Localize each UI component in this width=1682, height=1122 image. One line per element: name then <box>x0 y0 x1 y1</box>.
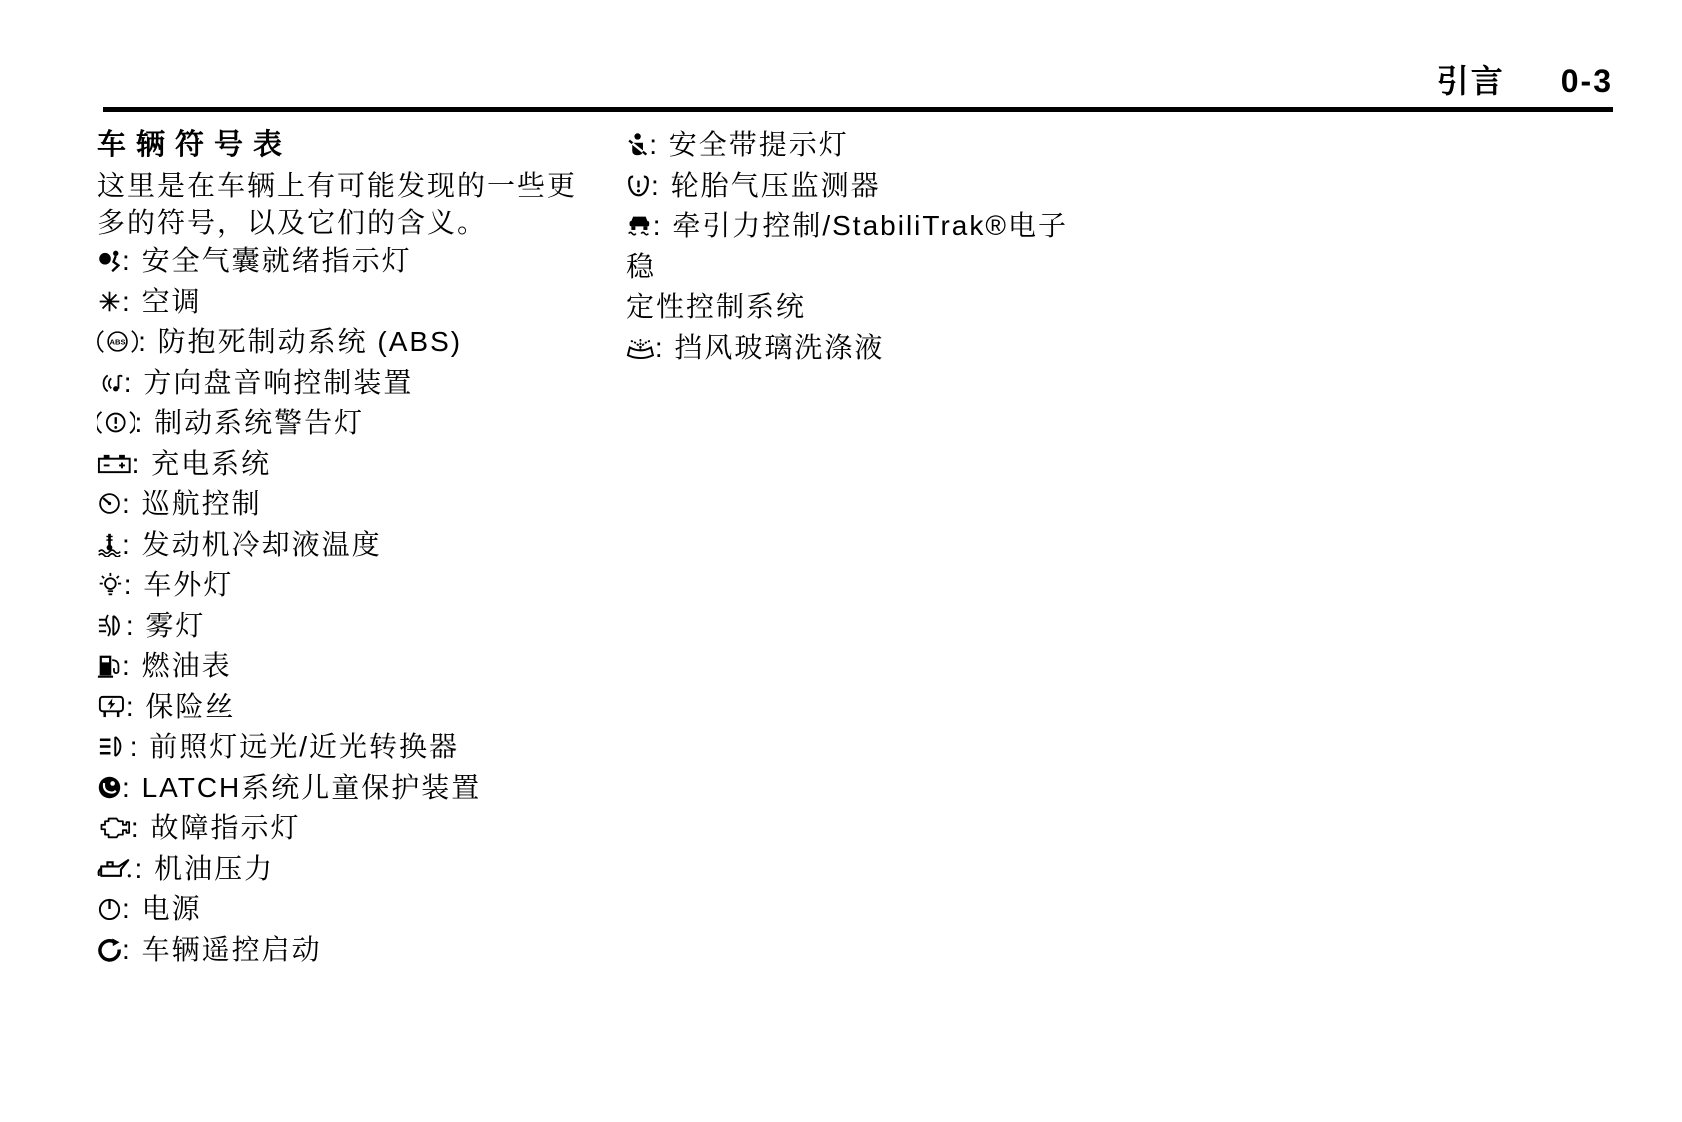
symbol-item: : 机油压力 <box>97 849 597 890</box>
symbol-label: 故障指示灯 <box>150 812 300 843</box>
charging-system-icon <box>97 444 132 485</box>
symbol-item: : 安全带提示灯 <box>626 125 1088 166</box>
headlamp-beam-icon <box>97 727 130 768</box>
header-rule <box>103 107 1613 112</box>
symbol-separator: : <box>653 210 673 241</box>
symbol-label: 车辆遥控启动 <box>142 934 322 965</box>
fog-lamps-icon <box>97 606 126 647</box>
remote-start-icon <box>97 930 122 971</box>
symbol-item: : 电源 <box>97 889 597 930</box>
symbol-item: : 前照灯远光/近光转换器 <box>97 727 597 768</box>
oil-pressure-icon <box>97 849 135 890</box>
tire-pressure-icon <box>626 166 651 207</box>
washer-fluid-icon <box>626 328 655 369</box>
symbol-item: : 挡风玻璃洗涤液 <box>626 328 1088 369</box>
cruise-control-icon <box>97 484 122 525</box>
symbol-label: 牵引力控制/StabiliTrak®电子稳 定性控制系统 <box>626 210 1068 322</box>
symbol-separator: : <box>135 853 155 884</box>
symbol-label: 防抱死制动系统 (ABS) <box>158 326 462 357</box>
symbol-separator: : <box>122 934 142 965</box>
symbol-item: : 空调 <box>97 282 597 323</box>
symbol-item: ABS: 防抱死制动系统 (ABS) <box>97 322 597 363</box>
symbol-item: : LATCH系统儿童保护装置 <box>97 768 597 809</box>
symbol-separator: : <box>135 407 155 438</box>
symbol-separator: : <box>138 326 158 357</box>
symbol-label: 安全带提示灯 <box>669 129 849 160</box>
symbol-item: : 故障指示灯 <box>97 808 597 849</box>
symbol-item: : 车外灯 <box>97 565 597 606</box>
symbol-item: : 安全气囊就绪指示灯 <box>97 241 597 282</box>
symbol-separator: : <box>126 691 146 722</box>
symbol-separator: : <box>122 286 142 317</box>
symbol-label: 安全气囊就绪指示灯 <box>142 245 412 276</box>
traction-control-icon <box>626 206 653 247</box>
symbol-label: 制动系统警告灯 <box>154 407 364 438</box>
symbol-item: : 充电系统 <box>97 444 597 485</box>
power-icon <box>97 889 122 930</box>
symbol-item: : 发动机冷却液温度 <box>97 525 597 566</box>
right-column: : 安全带提示灯: 轮胎气压监测器: 牵引力控制/StabiliTrak®电子稳… <box>626 125 1088 368</box>
symbol-item: : 巡航控制 <box>97 484 597 525</box>
latch-child-restraint-icon <box>97 768 122 809</box>
page-title: 车辆符号表 <box>97 125 597 165</box>
symbol-label: 车外灯 <box>143 569 233 600</box>
symbol-separator: : <box>122 650 142 681</box>
symbol-item: : 保险丝 <box>97 687 597 728</box>
symbol-label: 充电系统 <box>151 448 271 479</box>
symbol-separator: : <box>122 488 142 519</box>
symbol-separator: : <box>122 772 142 803</box>
symbol-item: : 车辆遥控启动 <box>97 930 597 971</box>
symbol-label: 挡风玻璃洗涤液 <box>674 332 884 363</box>
symbol-label: 电源 <box>142 893 202 924</box>
symbol-label: 发动机冷却液温度 <box>142 529 382 560</box>
symbol-separator: : <box>649 129 669 160</box>
symbol-label: 方向盘音响控制装置 <box>143 367 413 398</box>
fuse-icon <box>97 687 126 728</box>
symbol-item: : 雾灯 <box>97 606 597 647</box>
page-number: 0-3 <box>1561 63 1613 100</box>
symbol-label: 燃油表 <box>142 650 232 681</box>
symbol-label: 雾灯 <box>145 610 205 641</box>
symbol-separator: : <box>126 610 146 641</box>
symbol-separator: : <box>132 448 152 479</box>
symbol-separator: : <box>651 170 671 201</box>
symbol-separator: : <box>122 529 142 560</box>
symbol-item: : 轮胎气压监测器 <box>626 166 1088 207</box>
symbol-label: 前照灯远光/近光转换器 <box>149 731 459 762</box>
svg-text:ABS: ABS <box>110 338 126 347</box>
malfunction-indicator-icon <box>97 808 131 849</box>
exterior-lamps-icon <box>97 565 124 606</box>
brake-warning-icon <box>97 403 135 444</box>
symbol-separator: : <box>130 731 150 762</box>
air-conditioning-icon <box>97 282 122 323</box>
intro-paragraph: 这里是在车辆上有可能发现的一些更 多的符号，以及它们的含义。 <box>97 167 597 241</box>
symbol-item: : 方向盘音响控制装置 <box>97 363 597 404</box>
symbol-list-right: : 安全带提示灯: 轮胎气压监测器: 牵引力控制/StabiliTrak®电子稳… <box>626 125 1088 368</box>
abs-icon: ABS <box>97 322 138 363</box>
symbol-separator: : <box>122 245 142 276</box>
running-header: 引言 0-3 <box>1437 56 1613 102</box>
symbol-separator: : <box>655 332 675 363</box>
manual-page: 引言 0-3 车辆符号表 这里是在车辆上有可能发现的一些更 多的符号，以及它们的… <box>0 0 1682 1122</box>
symbol-label: 机油压力 <box>154 853 274 884</box>
seatbelt-reminder-icon <box>626 125 649 166</box>
symbol-label: 空调 <box>142 286 202 317</box>
symbol-item: : 牵引力控制/StabiliTrak®电子稳 定性控制系统 <box>626 206 1088 328</box>
symbol-list-left: : 安全气囊就绪指示灯: 空调ABS: 防抱死制动系统 (ABS): 方向盘音响… <box>97 241 597 970</box>
symbol-separator: : <box>122 893 142 924</box>
symbol-label: 巡航控制 <box>142 488 262 519</box>
symbol-separator: : <box>124 367 144 398</box>
symbol-separator: : <box>124 569 144 600</box>
coolant-temperature-icon <box>97 525 122 566</box>
left-column: 车辆符号表 这里是在车辆上有可能发现的一些更 多的符号，以及它们的含义。 : 安… <box>97 125 597 970</box>
steering-audio-icon <box>97 363 124 404</box>
symbol-label: 轮胎气压监测器 <box>671 170 881 201</box>
section-title: 引言 <box>1437 56 1505 102</box>
symbol-item: : 制动系统警告灯 <box>97 403 597 444</box>
symbol-separator: : <box>131 812 151 843</box>
fuel-gauge-icon <box>97 646 122 687</box>
symbol-label: LATCH系统儿童保护装置 <box>142 772 482 803</box>
symbol-label: 保险丝 <box>145 691 235 722</box>
symbol-item: : 燃油表 <box>97 646 597 687</box>
airbag-readiness-icon <box>97 241 122 282</box>
